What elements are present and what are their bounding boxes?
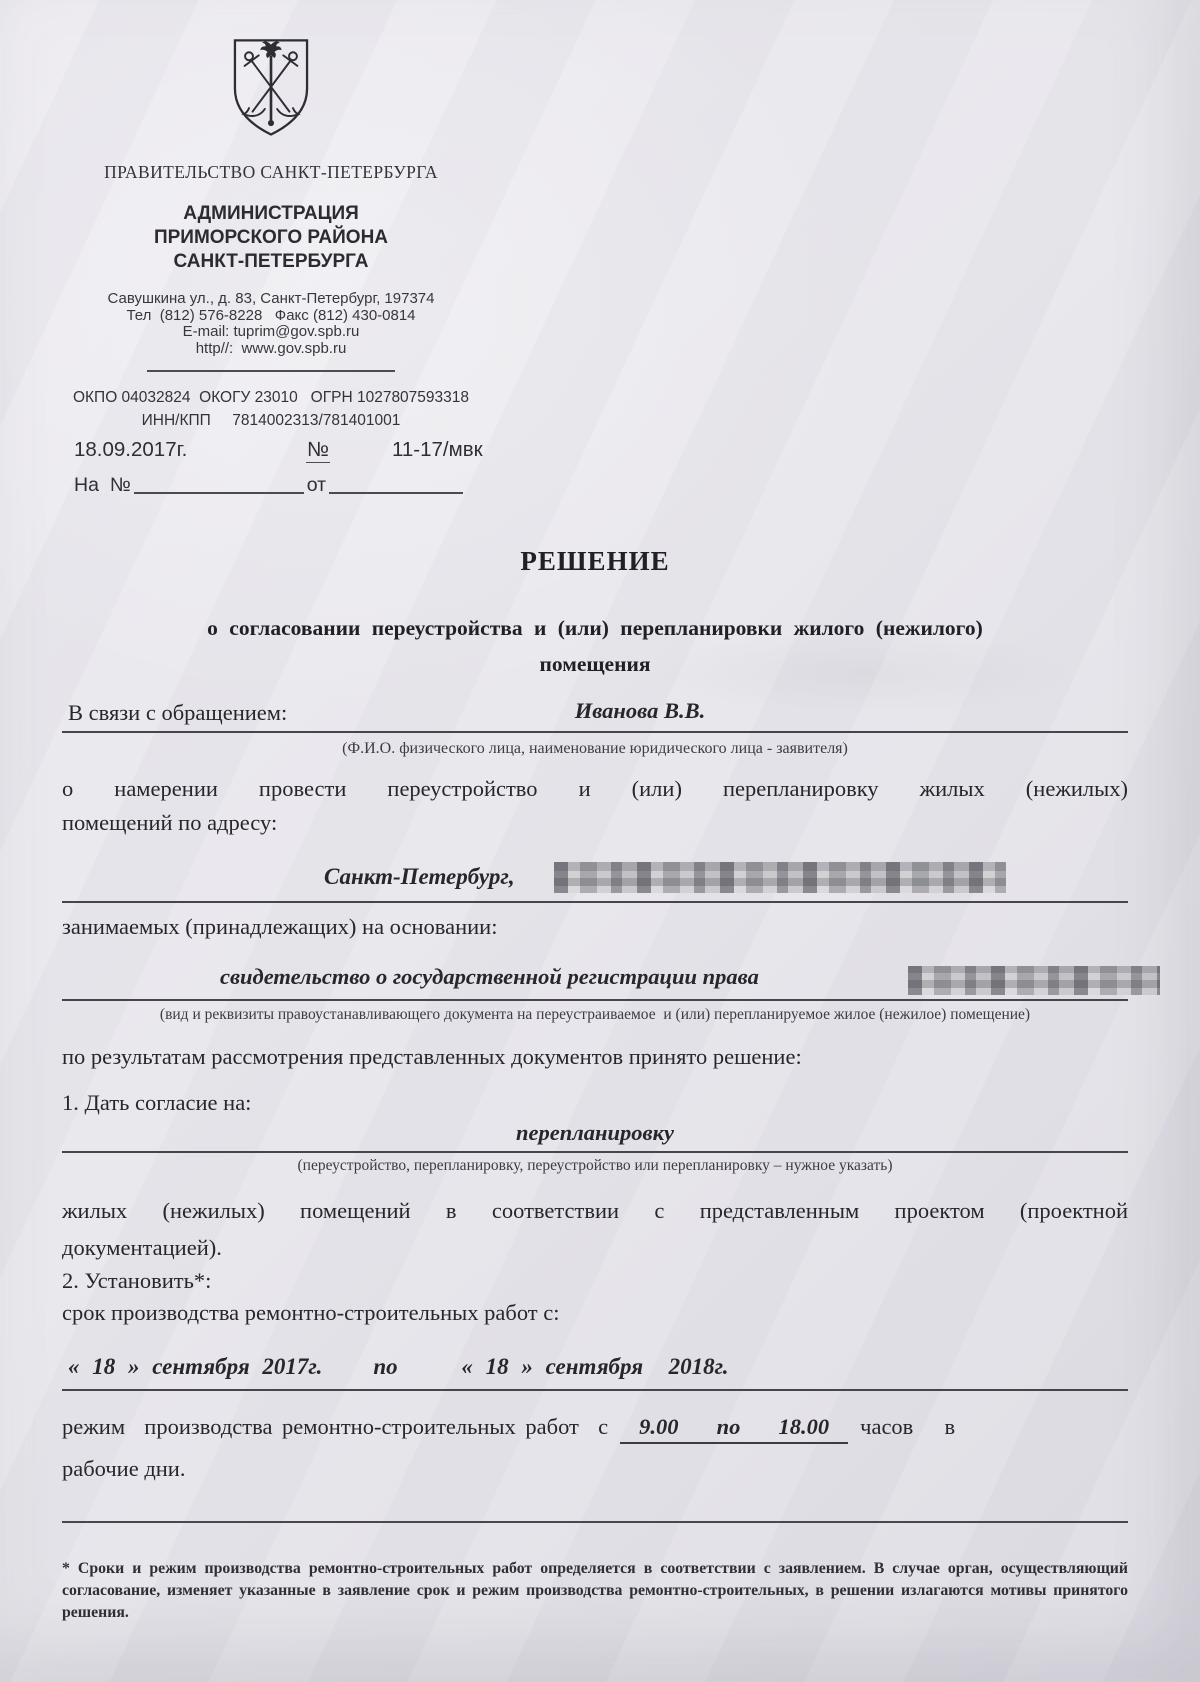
phone-fax: Тел (812) 576-8228 Факс (812) 430-0814 [64, 308, 478, 325]
footnote-divider [62, 1521, 1128, 1523]
okpo-okogu-ogrn-line: ОКПО 04032824 ОКОГУ 23010 ОГРН 102780759… [64, 387, 478, 409]
tenure-label: занимаемых (принадлежащих) на основании: [62, 914, 1128, 940]
basis-note: (вид и реквизиты правоустанавливающего д… [62, 1006, 1128, 1024]
email: E-mail: tuprim@gov.spb.ru [64, 324, 478, 341]
clause1-paragraph: жилых (нежилых) помещений в соответствии… [62, 1192, 1128, 1266]
postal-address: Савушкина ул., д. 83, Санкт-Петербург, 1… [64, 291, 478, 308]
work-hours-to-word: по [717, 1414, 741, 1440]
contact-block: Савушкина ул., д. 83, Санкт-Петербург, 1… [64, 291, 478, 357]
reply-reference-row: На №от [74, 470, 1074, 497]
clause1-note: (переустройство, перепланировку, переуст… [62, 1157, 1128, 1175]
decision-intro: по результатам рассмотрения представленн… [62, 1044, 1128, 1070]
clause1-value-row: перепланировку [62, 1120, 1128, 1153]
applicant-name: Иванова В.В. [62, 698, 1128, 724]
clause1-label: 1. Дать согласие на: [62, 1090, 1128, 1116]
registration-codes: ОКПО 04032824 ОКОГУ 23010 ОГРН 102780759… [64, 387, 478, 432]
document-date: 18.09.2017г. [74, 438, 187, 462]
term-dates-row: « 18 » сентября 2017г. по « 18 » сентябр… [62, 1350, 1128, 1391]
redacted-address-block [554, 862, 1006, 893]
document-number: 11-17/мвк [392, 438, 483, 462]
work-hours-to: 18.00 [778, 1414, 829, 1440]
intent-paragraph: о намерении провести переустройство и (и… [62, 772, 1128, 840]
address-city: Санкт-Петербург, [324, 864, 515, 890]
work-mode-line2: рабочие дни. [62, 1456, 1128, 1482]
work-mode-prefix: режим производства ремонтно-строительных… [62, 1414, 608, 1440]
clause1-line2: документацией). [62, 1229, 1128, 1266]
redacted-registration-number-block [908, 966, 1160, 995]
document-subtitle: о согласовании переустройства и (или) пе… [62, 610, 1128, 682]
reply-date-label: от [307, 474, 326, 496]
basis-row: свидетельство о государственной регистра… [62, 956, 1128, 1001]
term-dates: « 18 » сентября 2017г. по « 18 » сентябр… [68, 1354, 729, 1380]
organization-name-line2: ПРИМОРСКОГО РАЙОНА [64, 226, 478, 250]
work-hours-from: 9.00 [639, 1414, 678, 1440]
intent-line1: о намерении провести переустройство и (и… [62, 772, 1128, 806]
clause1-line1: жилых (нежилых) помещений в соответствии… [62, 1192, 1128, 1229]
inn-kpp-line: ИНН/КПП 7814002313/781401001 [64, 410, 478, 432]
organization-name: АДМИНИСТРАЦИЯ ПРИМОРСКОГО РАЙОНА САНКТ-П… [64, 202, 478, 274]
document-title: РЕШЕНИЕ [62, 546, 1128, 577]
applicant-note: (Ф.И.О. физического лица, наименование ю… [62, 740, 1128, 758]
organization-name-line3: САНКТ-ПЕТЕРБУРГА [64, 250, 478, 274]
scanned-decision-document: ПРАВИТЕЛЬСТВО САНКТ-ПЕТЕРБУРГА АДМИНИСТР… [0, 0, 1200, 1682]
letterhead-divider [147, 370, 395, 372]
government-name: ПРАВИТЕЛЬСТВО САНКТ-ПЕТЕРБУРГА [64, 162, 478, 183]
intent-line2: помещений по адресу: [62, 806, 1128, 840]
work-hours-field: 9.00 по 18.00 [620, 1414, 848, 1444]
document-subtitle-line2: помещения [62, 646, 1128, 682]
number-sign: № [306, 438, 330, 463]
clause1-value: перепланировку [516, 1120, 674, 1145]
letterhead: ПРАВИТЕЛЬСТВО САНКТ-ПЕТЕРБУРГА АДМИНИСТР… [64, 36, 478, 432]
reply-number-blank [134, 473, 304, 494]
address-row: Санкт-Петербург, [62, 856, 1128, 903]
reply-number-label: На № [74, 474, 131, 496]
saint-petersburg-coat-of-arms-icon [227, 36, 315, 138]
appeal-row: В связи с обращением: Иванова В.В. [62, 698, 1128, 733]
clause2-label: 2. Установить*: [62, 1268, 1128, 1294]
reply-date-blank [329, 473, 463, 494]
document-subtitle-line1: о согласовании переустройства и (или) пе… [62, 610, 1128, 646]
footnote-text: * Сроки и режим производства ремонтно-ст… [62, 1558, 1128, 1624]
organization-name-line1: АДМИНИСТРАЦИЯ [64, 202, 478, 226]
basis-document: свидетельство о государственной регистра… [220, 964, 759, 990]
work-mode-paragraph: режим производства ремонтно-строительных… [62, 1414, 1128, 1444]
website: http//: www.gov.spb.ru [64, 341, 478, 358]
clause2-term-label: срок производства ремонтно-строительных … [62, 1300, 1128, 1326]
work-mode-suffix: часов в [860, 1414, 955, 1440]
